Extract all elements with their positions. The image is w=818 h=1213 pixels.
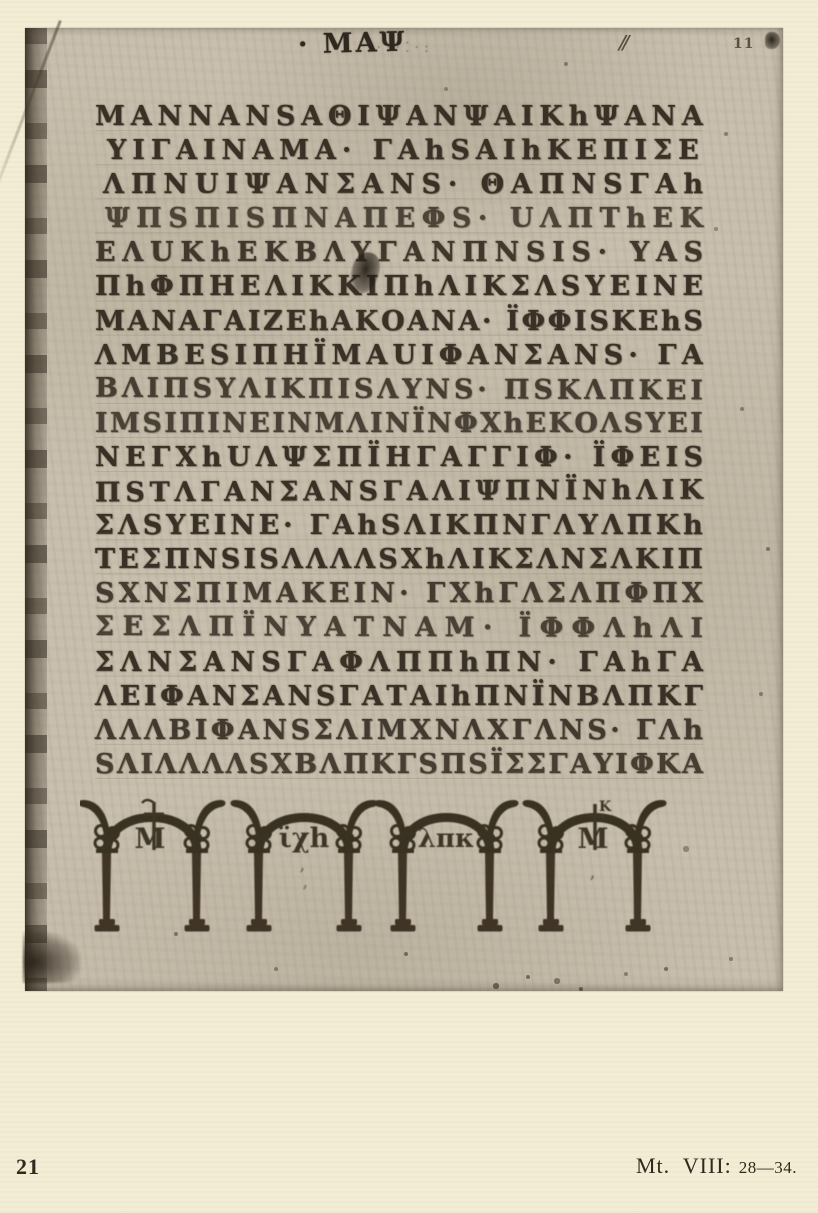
arch-inscription-ioh: ϊχh <box>279 823 330 854</box>
manuscript-text-line: ΥΙΓΑΙΝΑΜΑ· ΓΑhSΑΙhΚΕΠΙΣΕ <box>107 134 699 168</box>
manuscript-text-line: ΣΕΣΛΠΪΝΥΑΤΝΑΜ· ΪΦΦΛhΛΙ <box>95 610 703 646</box>
manuscript-text-line: ΛΛΛΒΙΦΑΝSΣΛΙΜΧΝΛΧΓΛΝS· ΓΛh <box>95 714 703 748</box>
manuscript-plate-photo: · ΜΑΨ ⁚·:·⁚·: ∥ 11 ΜΑΝΝΑΝSΑΘΙΨΑΝΨΑΙΚhΨΑΝ… <box>25 28 783 991</box>
manuscript-text-line: ΣΛΝΣΑΝSΓΑΦΛΠΠhΠΝ· ΓΑhΓΑ <box>95 646 703 680</box>
manuscript-text-line: ΨΠSΠΙSΠΝΑΠΕΦS· UΛΠΤhΕΚ <box>105 202 703 236</box>
arcade-arch-1: M <box>80 800 226 932</box>
text-block: ΜΑΝΝΑΝSΑΘΙΨΑΝΨΑΙΚhΨΑΝΑΥΙΓΑΙΝΑΜΑ· ΓΑhSΑΙh… <box>95 100 703 782</box>
manuscript-text-line: ΕΛUΚhΕΚΒΛΥΓΑΝΠΝSΙS· ΥΑS <box>95 236 703 270</box>
svg-text:,: , <box>300 858 305 874</box>
parchment-specks <box>25 28 27 30</box>
monogram-matthew: M <box>135 800 166 855</box>
manuscript-text-line: SΛΙΛΛΛΛSΧΒΛΠΚΓSΠSΪΣΣΓΑΥΙΦΚΑ <box>95 748 703 782</box>
svg-text:M: M <box>578 822 609 855</box>
manuscript-text-line: ΛΠΝUΙΨΑΝΣΑΝS· ΘΑΠΝSΓΑh <box>103 168 703 202</box>
svg-text:M: M <box>135 822 166 855</box>
plate-corner-stain <box>23 931 81 983</box>
manuscript-text-line: ΙΜSΙΠΙΝΕΙΝΜΛΙΝΪΝΦΧhΕΚΟΛSΥΕΙ <box>95 407 703 441</box>
ink-stain-top-right <box>765 32 780 49</box>
caption-reference: Mt. VIII: 28—34. <box>636 1153 797 1179</box>
arcade-arch-2: ϊχh , , <box>231 800 378 932</box>
manuscript-text-line: ΤΕΣΠΝSΙSΛΛΛΛSΧhΛΙΚΣΛΝΣΛΚΙΠ <box>95 543 703 577</box>
plate-left-edge-shadow <box>25 28 47 991</box>
arcade-arch-3: λπκ <box>375 800 519 932</box>
manuscript-text-line: ΛΕΙΦΑΝΣΑΝSΓΑΤΑΙhΠΝΪΝΒΛΠΚΓ <box>95 680 703 714</box>
svg-text:,: , <box>303 875 308 891</box>
manuscript-text-line: ΝΕΓΧhUΛΨΣΠΪΗΓΑΓΓΙΦ· ΪΦΕΙS <box>95 441 703 475</box>
book-page: { "colors": { "page_paper": "#f3edd6", "… <box>0 0 818 1213</box>
caption-reference-verses: 28—34. <box>739 1158 797 1178</box>
plate-number: 21 <box>16 1154 40 1180</box>
caption-reference-book: Mt. VIII: <box>636 1153 732 1179</box>
manuscript-text-line: ΒΛΙΠSΥΛΙΚΠΙSΛΥΝS· ΠSΚΛΠΚΕΙ <box>95 371 703 408</box>
manuscript-text-line: ΜΑΝΑΓΑΙΖΕhΑΚΟΑΝΑ· ΪΦΦΙSΚΕhS <box>95 305 703 339</box>
manuscript-text-line: SΧΝΣΠΙΜΑΚΕΙΝ· ΓΧhΓΛΣΛΠΦΠΧ <box>95 577 703 611</box>
arcade-ornament: M ϊχh , , <box>80 790 680 950</box>
svg-text:K: K <box>599 799 612 815</box>
quire-mark: 11 <box>733 36 754 52</box>
manuscript-text-line: ΠhΦΠΗΕΛΙΚΚΙΠhΛΙΚΣΛSΥΕΙΝΕ <box>95 270 703 304</box>
arch-inscription-luk: λπκ <box>418 824 475 854</box>
arcade-arch-4: M K , <box>523 799 667 932</box>
manuscript-text-line: ΠSΤΛΓΑΝΣΑΝSΓΑΛΙΨΠΝΪΝhΛΙΚ <box>95 474 703 511</box>
manuscript-text-line: ΜΑΝΝΑΝSΑΘΙΨΑΝΨΑΙΚhΨΑΝΑ <box>95 100 703 134</box>
faded-title-marks: ⁚·:·⁚·: <box>367 40 434 56</box>
svg-text:,: , <box>590 864 595 882</box>
manuscript-text-line: ΣΛSΥΕΙΝΕ· ΓΑhSΛΙΚΠΝΓΛΥΛΠΚh <box>95 509 703 543</box>
monogram-mark: M K , <box>578 799 613 882</box>
margin-mark-parallel: ∥ <box>614 34 634 54</box>
manuscript-text-line: ΛΜΒΕSΙΠΗΪΜΑUΙΦΑΝΣΑΝS· ΓΑ <box>95 339 703 373</box>
